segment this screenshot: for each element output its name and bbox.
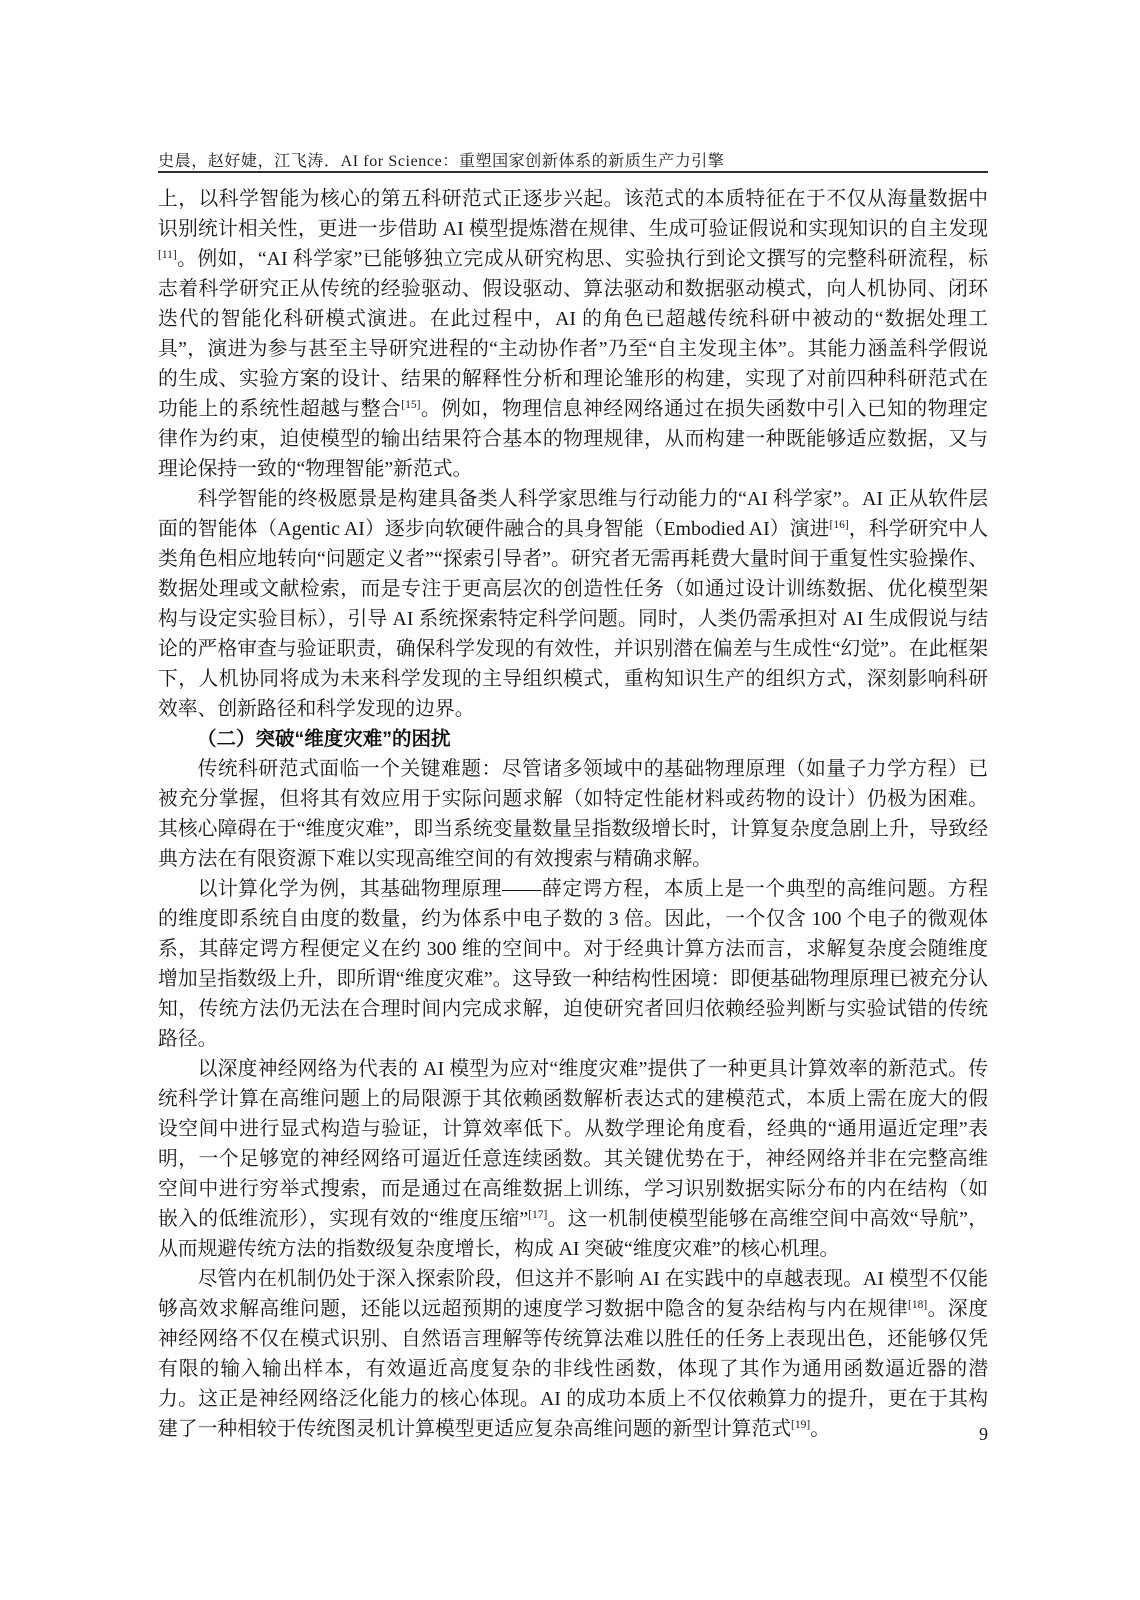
text-run: ，科学研究中人类角色相应地转向“问题定义者”“探索引导者”。研究者无需再耗费大量… [158,518,988,720]
paragraph: 上，以科学智能为核心的第五科研范式正逐步兴起。该范式的本质特征在于不仅从海量数据… [158,184,988,484]
citation-ref: [17] [528,1209,547,1221]
citation-ref: [18] [908,1299,927,1311]
paragraph: 以深度神经网络为代表的 AI 模型为应对“维度灾难”提供了一种更具计算效率的新范… [158,1054,988,1264]
citation-ref: [15] [401,399,420,411]
text-run: 上，以科学智能为核心的第五科研范式正逐步兴起。该范式的本质特征在于不仅从海量数据… [158,188,988,240]
text-run: 传统科研范式面临一个关键难题：尽管诸多领域中的基础物理原理（如量子力学方程）已被… [158,758,988,870]
text-run: 以计算化学为例，其基础物理原理——薛定谔方程，本质上是一个典型的高维问题。方程的… [158,878,988,1050]
text-run: 尽管内在机制仍处于深入探索阶段，但这并不影响 AI 在实践中的卓越表现。AI 模… [158,1268,988,1320]
running-head: 史晨，赵好婕，江飞涛．AI for Science：重塑国家创新体系的新质生产力… [158,148,988,171]
paragraph: 传统科研范式面临一个关键难题：尽管诸多领域中的基础物理原理（如量子力学方程）已被… [158,754,988,874]
section-heading: （二）突破“维度灾难”的困扰 [158,724,988,754]
citation-ref: [11] [158,249,177,261]
document-page: 史晨，赵好婕，江飞涛．AI for Science：重塑国家创新体系的新质生产力… [0,0,1140,1600]
paragraph: 尽管内在机制仍处于深入探索阶段，但这并不影响 AI 在实践中的卓越表现。AI 模… [158,1264,988,1444]
citation-ref: [16] [830,519,849,531]
text-run: 以深度神经网络为代表的 AI 模型为应对“维度灾难”提供了一种更具计算效率的新范… [158,1058,988,1230]
body-text: 上，以科学智能为核心的第五科研范式正逐步兴起。该范式的本质特征在于不仅从海量数据… [158,184,988,1444]
paragraph: 以计算化学为例，其基础物理原理——薛定谔方程，本质上是一个典型的高维问题。方程的… [158,874,988,1054]
page-number: 9 [158,1424,988,1445]
text-run: 。例如，“AI 科学家”已能够独立完成从研究构思、实验执行到论文撰写的完整科研流… [158,248,988,420]
header-rule [158,171,988,173]
paragraph: 科学智能的终极愿景是构建具备类人科学家思维与行动能力的“AI 科学家”。AI 正… [158,484,988,724]
